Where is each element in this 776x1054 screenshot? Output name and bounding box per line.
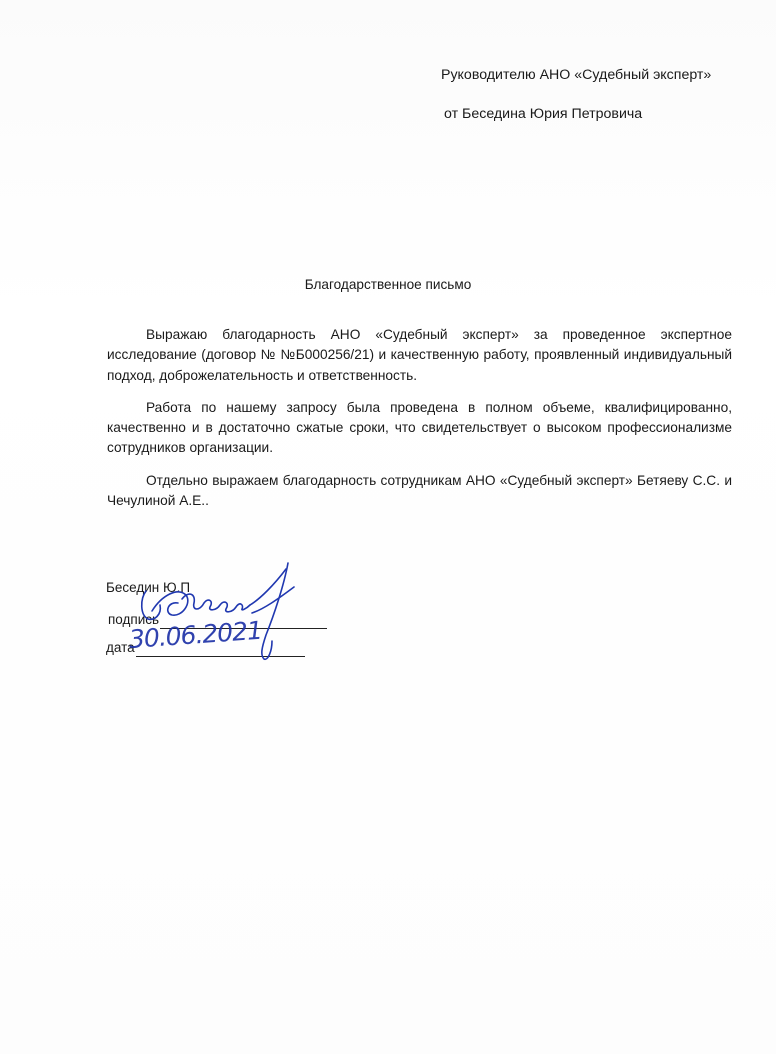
letter-title: Благодарственное письмо (0, 276, 776, 294)
letter-body: Выражаю благодарность АНО «Судебный эксп… (107, 325, 732, 523)
addressee-line: Руководителю АНО «Судебный эксперт» (441, 66, 711, 84)
paragraph-gratitude: Выражаю благодарность АНО «Судебный эксп… (107, 325, 732, 386)
paragraph-staff-thanks: Отдельно выражаем благодарность сотрудни… (107, 471, 732, 512)
sender-line: от Беседина Юрия Петровича (444, 105, 642, 123)
paragraph-work-quality: Работа по нашему запросу была проведена … (107, 398, 732, 459)
